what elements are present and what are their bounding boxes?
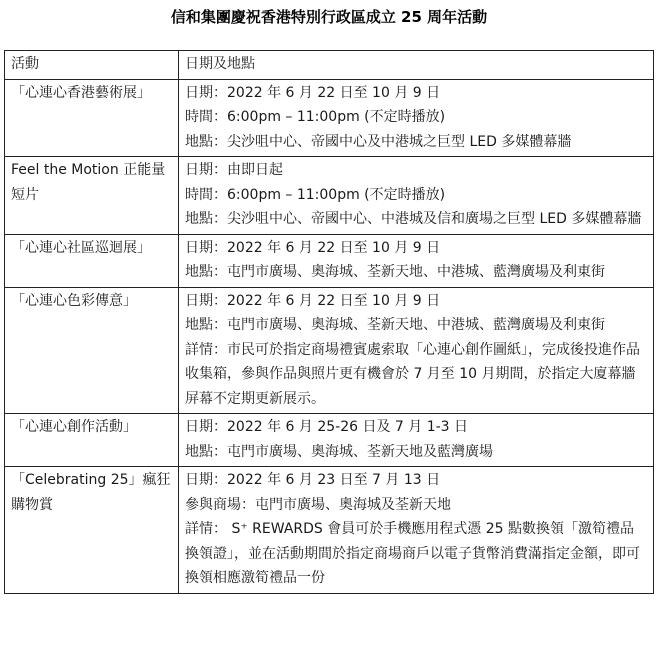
activity-name: Feel the Motion 正能量短片	[5, 157, 179, 235]
detail-date: 日期：2022 年 6 月 22 日至 10 月 9 日	[185, 236, 647, 261]
activity-name: 「心連心香港藝術展」	[5, 79, 179, 157]
detail-date: 日期：由即日起	[185, 158, 647, 183]
events-table: 活動 日期及地點 「心連心香港藝術展」 日期：2022 年 6 月 22 日至 …	[4, 50, 654, 594]
activity-name: 「Celebrating 25」瘋狂購物賞	[5, 467, 179, 594]
activity-details: 日期：2022 年 6 月 23 日至 7 月 13 日 參與商場：屯門市廣場、…	[179, 467, 654, 594]
detail-description: 詳情：市民可於指定商場禮賓處索取「心連心創作圖紙」，完成後投進作品收集箱，參與作…	[185, 338, 647, 412]
table-row: 「心連心創作活動」 日期：2022 年 6 月 25-26 日及 7 月 1-3…	[5, 414, 654, 467]
table-row: 「心連心色彩傳意」 日期：2022 年 6 月 22 日至 10 月 9 日 地…	[5, 287, 654, 414]
table-row: Feel the Motion 正能量短片 日期：由即日起 時間：6:00pm …	[5, 157, 654, 235]
detail-date: 日期：2022 年 6 月 22 日至 10 月 9 日	[185, 81, 647, 106]
detail-date: 日期：2022 年 6 月 23 日至 7 月 13 日	[185, 468, 647, 493]
detail-time: 時間：6:00pm – 11:00pm (不定時播放)	[185, 183, 647, 208]
activity-details: 日期：2022 年 6 月 22 日至 10 月 9 日 地點：屯門市廣場、奧海…	[179, 287, 654, 414]
header-activity: 活動	[5, 51, 179, 80]
detail-location: 地點：屯門市廣場、奧海城、荃新天地、中港城、藍灣廣場及利東街	[185, 260, 647, 285]
detail-location: 地點：屯門市廣場、奧海城、荃新天地及藍灣廣場	[185, 440, 647, 465]
header-date-location: 日期及地點	[179, 51, 654, 80]
activity-details: 日期：2022 年 6 月 25-26 日及 7 月 1-3 日 地點：屯門市廣…	[179, 414, 654, 467]
activity-details: 日期：2022 年 6 月 22 日至 10 月 9 日 地點：屯門市廣場、奧海…	[179, 234, 654, 287]
activity-details: 日期：2022 年 6 月 22 日至 10 月 9 日 時間：6:00pm –…	[179, 79, 654, 157]
activity-details: 日期：由即日起 時間：6:00pm – 11:00pm (不定時播放) 地點：尖…	[179, 157, 654, 235]
table-header-row: 活動 日期及地點	[5, 51, 654, 80]
detail-date: 日期：2022 年 6 月 25-26 日及 7 月 1-3 日	[185, 415, 647, 440]
activity-name: 「心連心創作活動」	[5, 414, 179, 467]
detail-location: 地點：屯門市廣場、奧海城、荃新天地、中港城、藍灣廣場及利東街	[185, 313, 647, 338]
table-row: 「Celebrating 25」瘋狂購物賞 日期：2022 年 6 月 23 日…	[5, 467, 654, 594]
detail-location: 地點：尖沙咀中心、帝國中心及中港城之巨型 LED 多媒體幕牆	[185, 130, 647, 155]
detail-malls: 參與商場：屯門市廣場、奧海城及荃新天地	[185, 493, 647, 518]
detail-location: 地點：尖沙咀中心、帝國中心、中港城及信和廣場之巨型 LED 多媒體幕牆	[185, 207, 647, 232]
table-row: 「心連心社區巡迴展」 日期：2022 年 6 月 22 日至 10 月 9 日 …	[5, 234, 654, 287]
detail-time: 時間：6:00pm – 11:00pm (不定時播放)	[185, 105, 647, 130]
document-title: 信和集團慶祝香港特別行政區成立 25 周年活動	[0, 6, 658, 27]
activity-name: 「心連心社區巡迴展」	[5, 234, 179, 287]
detail-date: 日期：2022 年 6 月 22 日至 10 月 9 日	[185, 289, 647, 314]
activity-name: 「心連心色彩傳意」	[5, 287, 179, 414]
detail-description: 詳情： S⁺ REWARDS 會員可於手機應用程式憑 25 點數換領「激筍禮品換…	[185, 517, 647, 591]
table-row: 「心連心香港藝術展」 日期：2022 年 6 月 22 日至 10 月 9 日 …	[5, 79, 654, 157]
